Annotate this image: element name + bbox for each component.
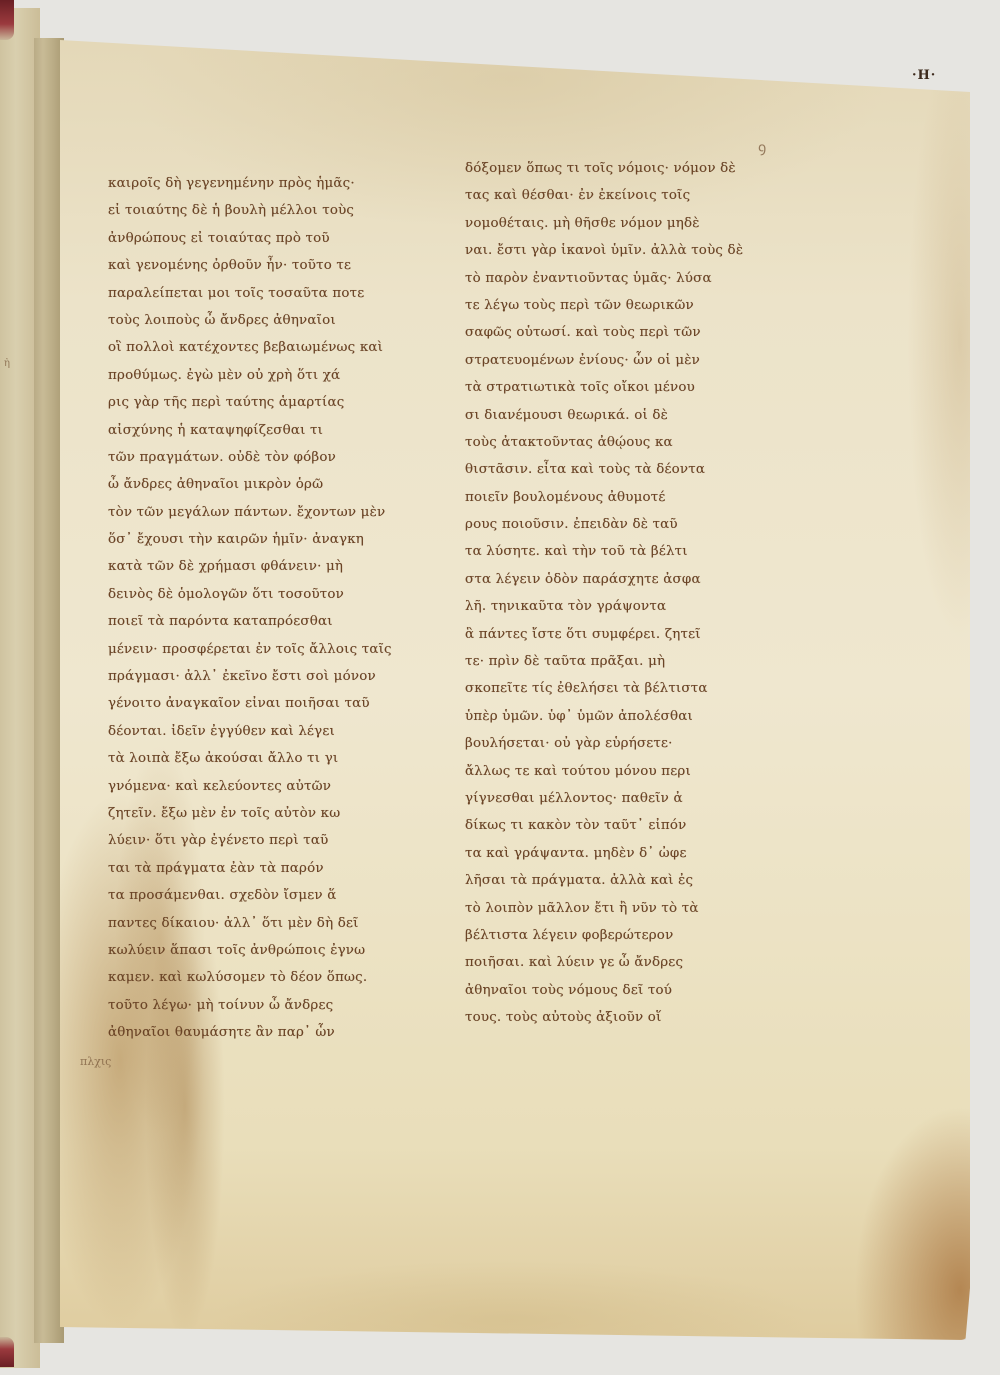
text-line: τοῦτο λέγω· μὴ τοίνυν ὦ ἄνδρες: [108, 992, 403, 1019]
text-line: ἀνθρώπους εἰ τοιαύτας πρὸ τοῦ: [108, 225, 403, 252]
text-line: γνόμενα· καὶ κελεύοντες αὐτῶν: [108, 773, 403, 800]
text-line: καὶ γενομένης ὀρθοῦν ἦν· τοῦτο τε: [108, 252, 403, 279]
text-line: τους. τοὺς αὐτοὺς ἀξιοῦν οἵ: [465, 1004, 765, 1031]
text-line: αἰσχύνης ἡ καταψηφίζεσθαι τι: [108, 417, 403, 444]
text-line: οἳ πολλοὶ κατέχοντες βεβαιωμένως καὶ: [108, 334, 403, 361]
folio-number: ·Η·: [912, 68, 936, 83]
text-line: ναι. ἔστι γὰρ ἱκανοὶ ὑμῖν. ἀλλὰ τοὺς δὲ: [465, 237, 765, 264]
text-line: λῆ. τηνικαῦτα τὸν γράψοντα: [465, 593, 765, 620]
text-line: βέλτιστα λέγειν φοβερώτερον: [465, 922, 765, 949]
text-line: [108, 1074, 403, 1101]
text-line: τῶν πραγμάτων. οὐδὲ τὸν φόβον: [108, 444, 403, 471]
text-line: ρις γὰρ τῆς περὶ ταύτης ἁμαρτίας: [108, 389, 403, 416]
text-line: δόξομεν ὅπως τι τοῖς νόμοις· νόμον δὲ: [465, 155, 765, 182]
facing-page-fragment: ἡ: [4, 358, 10, 369]
text-line: καιροῖς δὴ γεγενημένην πρὸς ἡμᾶς·: [108, 170, 403, 197]
text-line: παραλείπεται μοι τοῖς τοσαῦτα ποτε: [108, 280, 403, 307]
page-gutter: [34, 38, 64, 1343]
text-line: [465, 1032, 765, 1059]
text-line: ρους ποιοῦσιν. ἐπειδὰν δὲ ταῦ: [465, 511, 765, 538]
binding-tip-bottom: [0, 1337, 14, 1367]
text-line: ται τὰ πράγματα ἐὰν τὰ παρόν: [108, 855, 403, 882]
text-line: ποιῆσαι. καὶ λύειν γε ὦ ἄνδρες: [465, 949, 765, 976]
text-line: [465, 1059, 765, 1086]
text-column-right: δόξομεν ὅπως τι τοῖς νόμοις· νόμον δὲτας…: [465, 155, 765, 1114]
text-line: δίκως τι κακὸν τὸν ταῦτ᾽ εἰπόν: [465, 812, 765, 839]
text-line: καμεν. καὶ κωλύσομεν τὸ δέον ὅπως.: [108, 964, 403, 991]
text-line: ἄλλως τε καὶ τούτου μόνου περι: [465, 758, 765, 785]
text-line: ὦ ἄνδρες ἀθηναῖοι μικρὸν ὁρῶ: [108, 471, 403, 498]
text-line: τα προσάμενθαι. σχεδὸν ἴσμεν ἅ: [108, 882, 403, 909]
text-line: τε λέγω τοὺς περὶ τῶν θεωρικῶν: [465, 292, 765, 319]
text-line: ποιεῖν βουλομένους ἀθυμοτέ: [465, 484, 765, 511]
text-line: δεινὸς δὲ ὁμολογῶν ὅτι τοσοῦτον: [108, 581, 403, 608]
text-line: μένειν· προσφέρεται ἐν τοῖς ἄλλοις ταῖς: [108, 636, 403, 663]
text-line: κωλύειν ἅπασι τοῖς ἀνθρώποις ἐγνω: [108, 937, 403, 964]
text-line: στα λέγειν ὁδὸν παράσχητε ἀσφα: [465, 566, 765, 593]
binding-tip-top: [0, 0, 14, 40]
text-line: ἀθηναῖοι θαυμάσητε ἂν παρ᾽ ὧν: [108, 1019, 403, 1046]
text-line: ποιεῖ τὰ παρόντα καταπρόεσθαι: [108, 608, 403, 635]
text-line: σι διανέμουσι θεωρικά. οἱ δὲ: [465, 402, 765, 429]
text-line: ἀθηναῖοι τοὺς νόμους δεῖ τού: [465, 977, 765, 1004]
text-line: τὸν τῶν μεγάλων πάντων. ἔχοντων μὲν: [108, 499, 403, 526]
text-line: πράγμασι· ἀλλ᾽ ἐκεῖνο ἔστι σοὶ μόνον: [108, 663, 403, 690]
text-column-left: καιροῖς δὴ γεγενημένην πρὸς ἡμᾶς·εἰ τοια…: [108, 170, 403, 1129]
text-line: κατὰ τῶν δὲ χρήμασι φθάνειν· μὴ: [108, 553, 403, 580]
text-line: λῆσαι τὰ πράγματα. ἀλλὰ καὶ ἐς: [465, 867, 765, 894]
text-line: ἃ πάντες ἴστε ὅτι συμφέρει. ζητεῖ: [465, 621, 765, 648]
text-line: παντες δίκαιου· ἀλλ᾽ ὅτι μὲν δὴ δεῖ: [108, 910, 403, 937]
text-line: ὅσ᾽ ἔχουσι τὴν καιρῶν ἡμῖν· ἀναγκη: [108, 526, 403, 553]
text-line: στρατευομένων ἐνίους· ὧν οἱ μὲν: [465, 347, 765, 374]
text-line: ὑπὲρ ὑμῶν. ὑφ᾽ ὑμῶν ἀπολέσθαι: [465, 703, 765, 730]
text-line: τὸ λοιπὸν μᾶλλον ἔτι ἢ νῦν τὸ τὰ: [465, 895, 765, 922]
text-line: τὰ λοιπὰ ἔξω ἀκούσαι ἄλλο τι γι: [108, 745, 403, 772]
text-line: [108, 1101, 403, 1128]
text-line: [465, 1086, 765, 1113]
text-line: γίγνεσθαι μέλλοντος· παθεῖν ἀ: [465, 785, 765, 812]
text-line: ζητεῖν. ἔξω μὲν ἐν τοῖς αὐτὸν κω: [108, 800, 403, 827]
text-line: γένοιτο ἀναγκαῖον εἰναι ποιῆσαι ταῦ: [108, 690, 403, 717]
text-line: δέονται. ἰδεῖν ἐγγύθεν καὶ λέγει: [108, 718, 403, 745]
text-line: τας καὶ θέσθαι· ἐν ἐκείνοις τοῖς: [465, 182, 765, 209]
marginal-note-left: πλχις: [80, 1055, 111, 1068]
text-line: λύειν· ὅτι γὰρ ἐγένετο περὶ ταῦ: [108, 827, 403, 854]
text-line: τα λύσητε. καὶ τὴν τοῦ τὰ βέλτι: [465, 538, 765, 565]
text-line: τὰ στρατιωτικὰ τοῖς οἴκοι μένου: [465, 374, 765, 401]
text-line: νομοθέταις. μὴ θῆσθε νόμον μηδὲ: [465, 210, 765, 237]
text-line: προθύμως. ἐγὼ μὲν οὐ χρὴ ὅτι χά: [108, 362, 403, 389]
text-line: τοὺς ἀτακτοῦντας ἀθῴους κα: [465, 429, 765, 456]
text-line: σαφῶς οὑτωσί. καὶ τοὺς περὶ τῶν: [465, 319, 765, 346]
text-line: βουλήσεται· οὐ γὰρ εὑρήσετε·: [465, 730, 765, 757]
text-line: τε· πρὶν δὲ ταῦτα πρᾶξαι. μὴ: [465, 648, 765, 675]
text-line: τοὺς λοιποὺς ὦ ἄνδρες ἀθηναῖοι: [108, 307, 403, 334]
text-line: τα καὶ γράψαντα. μηδὲν δ᾽ ὠφε: [465, 840, 765, 867]
text-line: [108, 1047, 403, 1074]
text-line: εἰ τοιαύτης δὲ ἡ βουλὴ μέλλοι τοὺς: [108, 197, 403, 224]
text-line: θιστᾶσιν. εἶτα καὶ τοὺς τὰ δέοντα: [465, 456, 765, 483]
text-line: σκοπεῖτε τίς ἐθελήσει τὰ βέλτιστα: [465, 675, 765, 702]
text-line: τὸ παρὸν ἐναντιοῦντας ὑμᾶς· λύσα: [465, 265, 765, 292]
